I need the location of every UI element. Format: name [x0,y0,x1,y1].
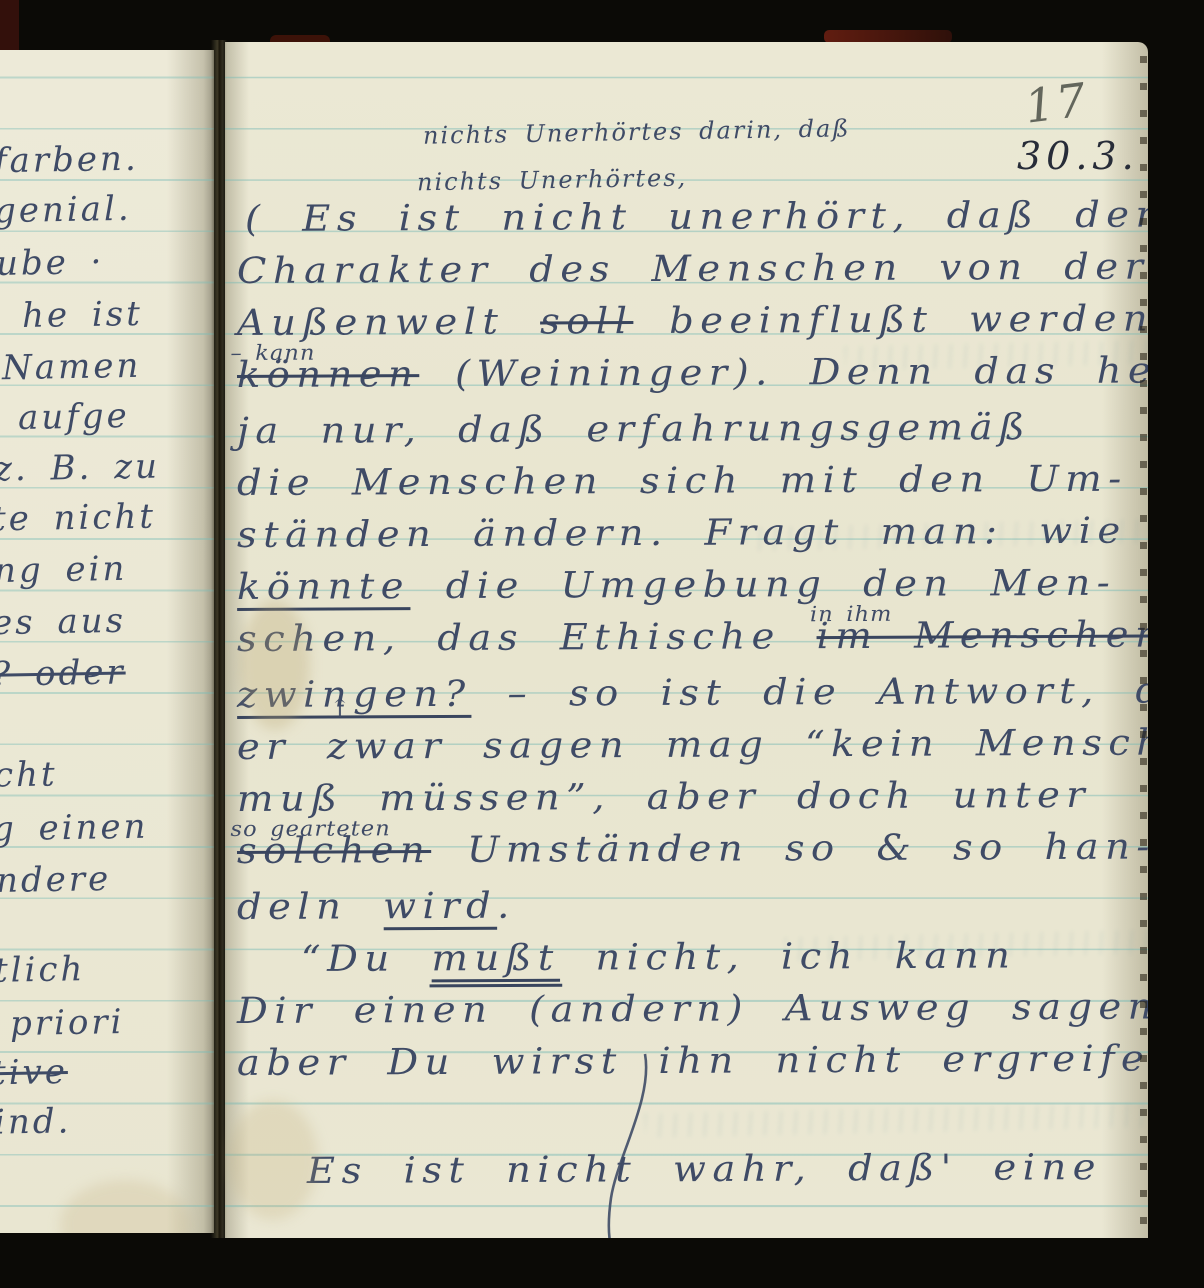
text-segment: die Umgebung den Men- [410,563,1116,607]
left-page-text-fragment: ndere [0,859,112,901]
left-page-text-fragment: ? oder [0,651,196,695]
left-page-text-fragment: es aus [0,601,126,643]
left-page-sliver: farben.genial.ube ·he istNamenaufgez. B.… [0,50,214,1233]
manuscript-line: aber Du wirst ihn nicht ergreifen.” [237,1033,1148,1090]
long-pen-stroke [587,1048,677,1238]
manuscript-line: die Menschen sich mit den Um- [237,453,1148,510]
double-underlined-text: mußt [431,938,559,983]
manuscript-line: ja nur, daß erfahrungsgemäß [237,401,1148,458]
text-segment: – so ist die Antwort, daß [472,670,1148,715]
manuscript-line: zwingen? – so ist die Antwort, daß [237,665,1148,722]
manuscript-line: schen, das Ethische in ihmim Menschen [237,609,1148,670]
paper-stain [228,1100,318,1220]
manuscript-line: so geartetensolchen Umständen so & so ha… [237,821,1148,882]
left-page-text-fragment: cht [0,754,58,795]
text-segment: beeinflußt werden [633,299,1148,343]
paper-stain [240,600,310,730]
paper-stain [60,1180,190,1233]
text-segment: deln [237,886,383,928]
left-page-text-fragment: te nicht [0,497,156,540]
manuscript-scan: farben.genial.ube ·he istNamenaufgez. B.… [0,0,1204,1288]
text-segment: ( Es ist nicht unerhört, daß der [245,195,1148,240]
left-page-text-fragment: ube · [0,242,105,284]
insertion-caret-mark: ↑ [329,694,351,724]
strikethrough-text: soll [540,301,634,342]
text-segment: aber Du wirst ihn nicht ergreifen.” [237,1038,1148,1084]
left-page-text-fragment: g einen [0,807,149,850]
manuscript-line: deln wird. [237,877,1148,934]
manuscript-line: könnte die Umgebung den Men- [237,557,1148,614]
left-page-text-fragment: genial. [0,189,132,231]
manuscript-text-block: ( Es ist nicht unerhört, daß derCharakte… [237,42,1137,1198]
left-page-text-fragment: tlich [0,949,86,991]
manuscript-line: er zwar sagen mag “kein Mensch [237,717,1148,774]
underlined-text: wird [383,886,497,931]
text-segment: schen, das Ethische [237,616,817,660]
text-segment: ja nur, daß erfahrungsgemäß [237,407,1031,452]
left-page-text-fragment: Namen [2,346,142,388]
text-segment: “Du [301,938,432,980]
manuscript-line: Charakter des Menschen von der [237,241,1148,298]
left-page-text-fragment: tive [0,1051,138,1094]
left-page-text-fragment: ind. [0,1101,72,1142]
manuscript-line: Dir einen (andern) Ausweg sagen, – [237,981,1148,1038]
left-page-text-fragment: ng ein [0,549,128,591]
left-page-text-fragment: priori [10,1002,125,1044]
left-page-text-fragment: aufge [18,396,130,438]
text-segment: er zwar sagen mag “kein Mensch [237,722,1148,768]
left-page-text-fragment: farben. [0,139,139,182]
right-page: 17 30.3. nichts Unerhörtes darin, daß ni… [225,42,1148,1238]
text-segment: die Menschen sich mit den Um- [237,459,1128,504]
text-segment: Es ist nicht wahr, daß' eine [307,1147,1102,1192]
left-page-text-fragment: z. B. zu [0,447,160,490]
text-segment: Charakter des Menschen von der [237,247,1148,292]
manuscript-line: Es ist nicht wahr, daß' eine [307,1142,1148,1198]
text-segment: Dir einen (andern) Ausweg sagen, – [237,986,1148,1032]
manuscript-line: ( Es ist nicht unerhört, daß der [245,189,1148,246]
text-segment: . [497,886,516,927]
text-segment: Umständen so & so han- [431,827,1148,872]
text-segment: Außenwelt [237,302,540,344]
left-page-text-fragment: he ist [22,294,143,336]
page-gutter-crease [211,40,227,1238]
manuscript-line: Außenwelt soll beeinflußt werden [237,293,1148,350]
text-segment: muß müssen”, aber doch unter [237,775,1091,820]
